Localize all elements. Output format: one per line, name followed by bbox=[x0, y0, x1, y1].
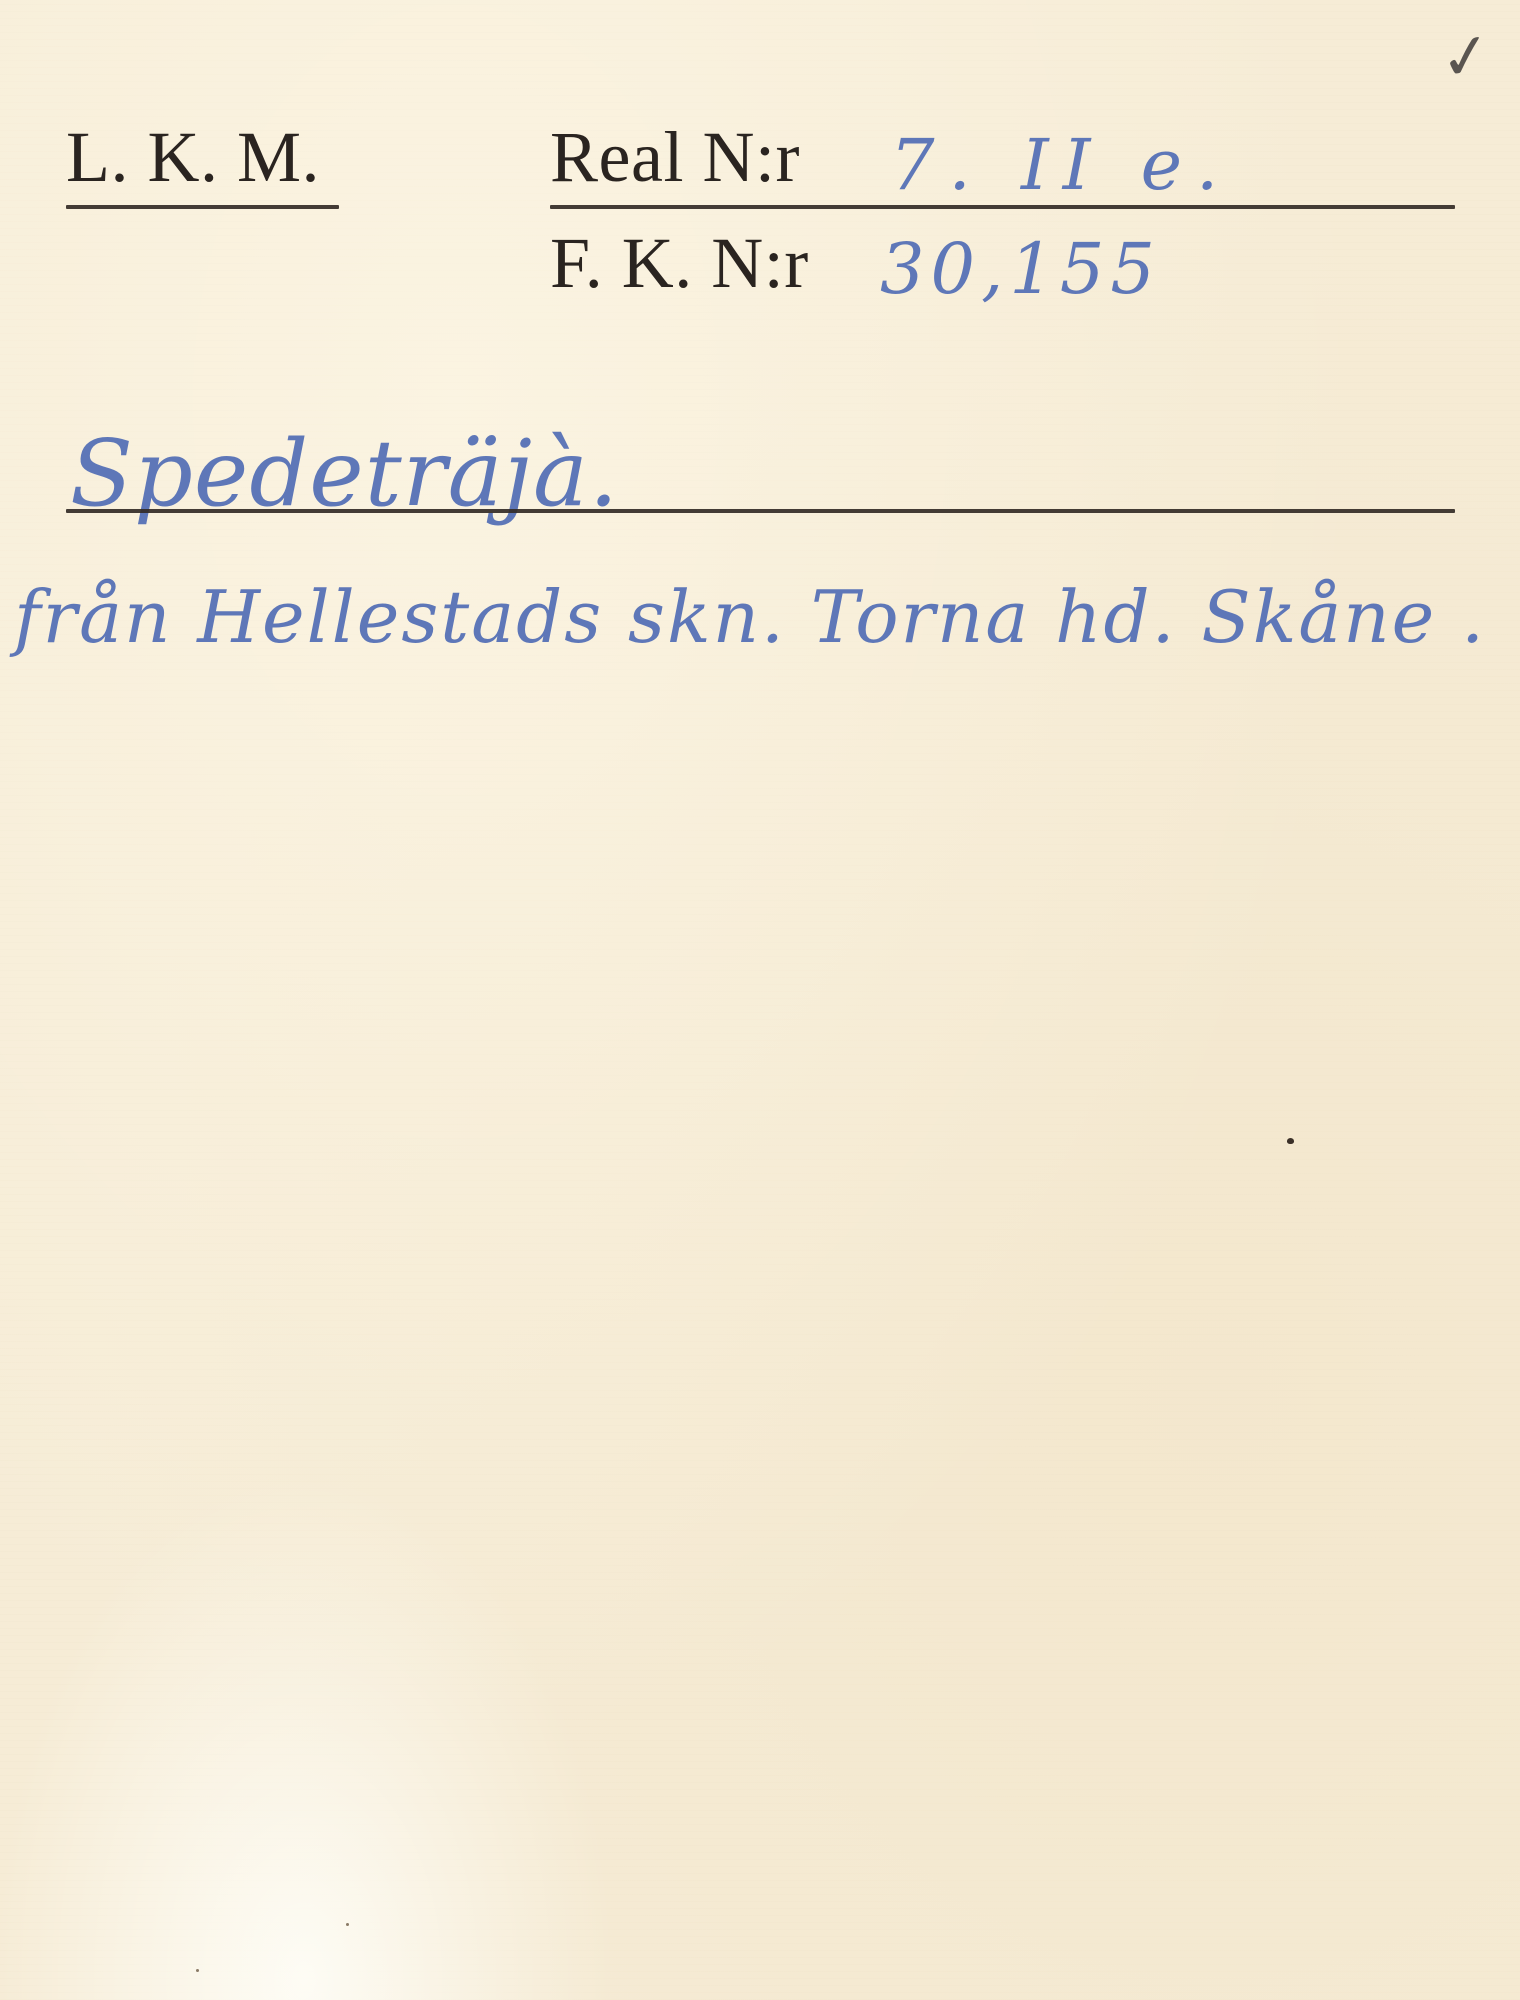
check-mark: ✓ bbox=[1435, 17, 1497, 97]
title-rule bbox=[66, 509, 1455, 513]
institution-label: L. K. M. bbox=[66, 116, 320, 199]
fk-nr-value: 30,155 bbox=[880, 228, 1161, 310]
real-nr-label: Real N:r bbox=[550, 116, 800, 199]
paper-speck bbox=[196, 1969, 199, 1972]
institution-underline bbox=[66, 205, 339, 209]
catalogue-card: ✓ L. K. M. Real N:r 7. II e. F. K. N:r 3… bbox=[0, 0, 1520, 2000]
paper-speck bbox=[346, 1923, 349, 1926]
fk-nr-label: F. K. N:r bbox=[550, 222, 809, 305]
real-nr-rule bbox=[550, 205, 1455, 209]
ink-speck bbox=[1287, 1138, 1294, 1144]
real-nr-value: 7. II e. bbox=[890, 124, 1232, 206]
provenance-text: från Hellestads skn. Torna hd. Skåne . bbox=[14, 575, 1486, 659]
